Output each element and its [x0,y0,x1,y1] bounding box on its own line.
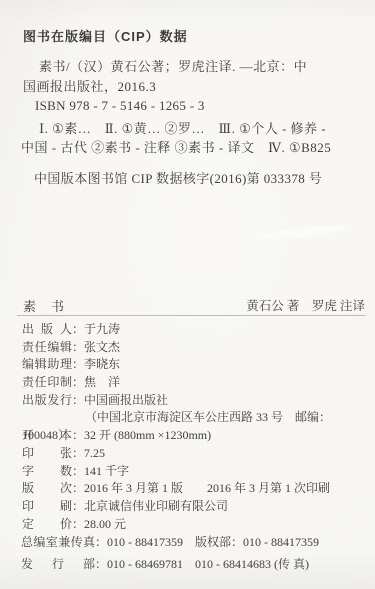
field-label: 发行部 [21,553,95,575]
field-label: 编辑助理 [22,356,72,374]
cip-entry: 素书/（汉）黄石公著；罗虎注译. —北京：中 国画报出版社，2016.3 ISB… [23,57,361,116]
label-colon: ： [72,339,84,357]
info-row: 总编室兼传真：010 - 88417359 版权部：010 - 88417359 [21,531,369,553]
field-label: 开本 [22,427,72,445]
classification-line-2: 中国 - 古代 ②素书 - 注释 ③素书 - 译文 Ⅳ. ①B825 [21,138,365,157]
label-colon: ： [95,531,107,553]
info-row: 编辑助理：李晓东 [22,356,369,374]
label-colon: ： [72,463,84,481]
field-label: 版次 [22,480,72,498]
label-colon: ： [95,553,107,575]
info-row: 出版发行：中国画报出版社 [22,392,369,410]
field-label: 印刷 [22,498,72,516]
field-value: 2016 年 3 月第 1 版 2016 年 3 月第 1 次印刷 [84,481,330,495]
info-row: 出版人：于九涛 [22,321,369,339]
field-label: 字数 [22,463,72,481]
cip-entry-line-1: 素书/（汉）黄石公著；罗虎注译. —北京：中 [23,57,361,77]
field-value: 焦 洋 [84,375,120,389]
field-value: 张文杰 [84,340,120,354]
publication-info: 出版人：于九涛责任编辑：张文杰编辑助理：李晓东责任印制：焦 洋出版发行：中国画报… [22,321,369,533]
info-row: 发行部：010 - 68469781 010 - 68414683 (传 真) [21,553,369,575]
copyright-page: 图书在版编目（CIP）数据 素书/（汉）黄石公著；罗虎注译. —北京：中 国画报… [0,0,375,589]
info-row: 印张：7.25 [22,445,369,463]
field-value: 28.00 元 [84,517,126,531]
field-value: 于九涛 [84,322,120,336]
field-value: 141 千字 [84,464,129,478]
info-row: 开本：32 开 (880mm ×1230mm) [22,427,369,445]
field-value: 32 开 (880mm ×1230mm) [84,428,211,442]
label-colon: ： [72,374,84,392]
field-value: 7.25 [84,446,105,460]
contact-info: 总编室兼传真：010 - 88417359 版权部：010 - 88417359… [21,531,369,575]
field-label: 印张 [22,445,72,463]
info-row: 责任编辑：张文杰 [22,339,369,357]
title-row: 素 书 黄石公 著 罗虎 注译 [23,296,365,315]
authors-line: 黄石公 著 罗虎 注译 [246,296,365,315]
label-colon: ： [72,427,84,445]
cip-record-number: 中国版本图书馆 CIP 数据核字(2016)第 033378 号 [34,168,322,187]
cip-header: 图书在版编目（CIP）数据 [23,26,188,45]
label-colon: ： [72,480,84,498]
info-row: 责任印制：焦 洋 [22,374,369,392]
field-value: 中国画报出版社 [84,393,168,407]
field-value: 李晓东 [84,357,120,371]
cip-classification: Ⅰ. ①素… Ⅱ. ①黄… ②罗… Ⅲ. ①个人 - 修养 - 中国 - 古代 … [21,119,365,157]
isbn-line: ISBN 978 - 7 - 5146 - 1265 - 3 [23,96,361,116]
field-value: 北京诚信伟业印刷有限公司 [84,499,228,513]
book-title: 素 书 [23,296,65,315]
info-row: 字数：141 千字 [22,463,369,481]
cip-entry-line-2: 国画报出版社，2016.3 [23,77,361,97]
classification-line-1: Ⅰ. ①素… Ⅱ. ①黄… ②罗… Ⅲ. ①个人 - 修养 - [21,119,365,138]
field-label: 责任编辑 [22,339,72,357]
field-value: 010 - 88417359 版权部：010 - 88417359 [107,535,319,549]
scan-streak [257,223,347,243]
info-row: 印刷：北京诚信伟业印刷有限公司 [22,498,369,516]
label-colon: ： [72,321,84,339]
field-label: 出版发行 [22,392,72,410]
field-label: 责任印制 [22,374,72,392]
label-colon: ： [72,445,84,463]
label-colon: ： [72,498,84,516]
label-colon: ： [72,392,84,410]
field-label: 总编室兼传真 [21,531,95,553]
label-colon: ： [72,356,84,374]
info-row: （中国北京市海淀区车公庄西路 33 号 邮编：100048） [22,409,369,427]
info-row: 版次：2016 年 3 月第 1 版 2016 年 3 月第 1 次印刷 [22,480,369,498]
divider-rule [17,315,366,316]
field-value: 010 - 68469781 010 - 68414683 (传 真) [107,557,309,571]
field-label: 出版人 [22,321,72,339]
